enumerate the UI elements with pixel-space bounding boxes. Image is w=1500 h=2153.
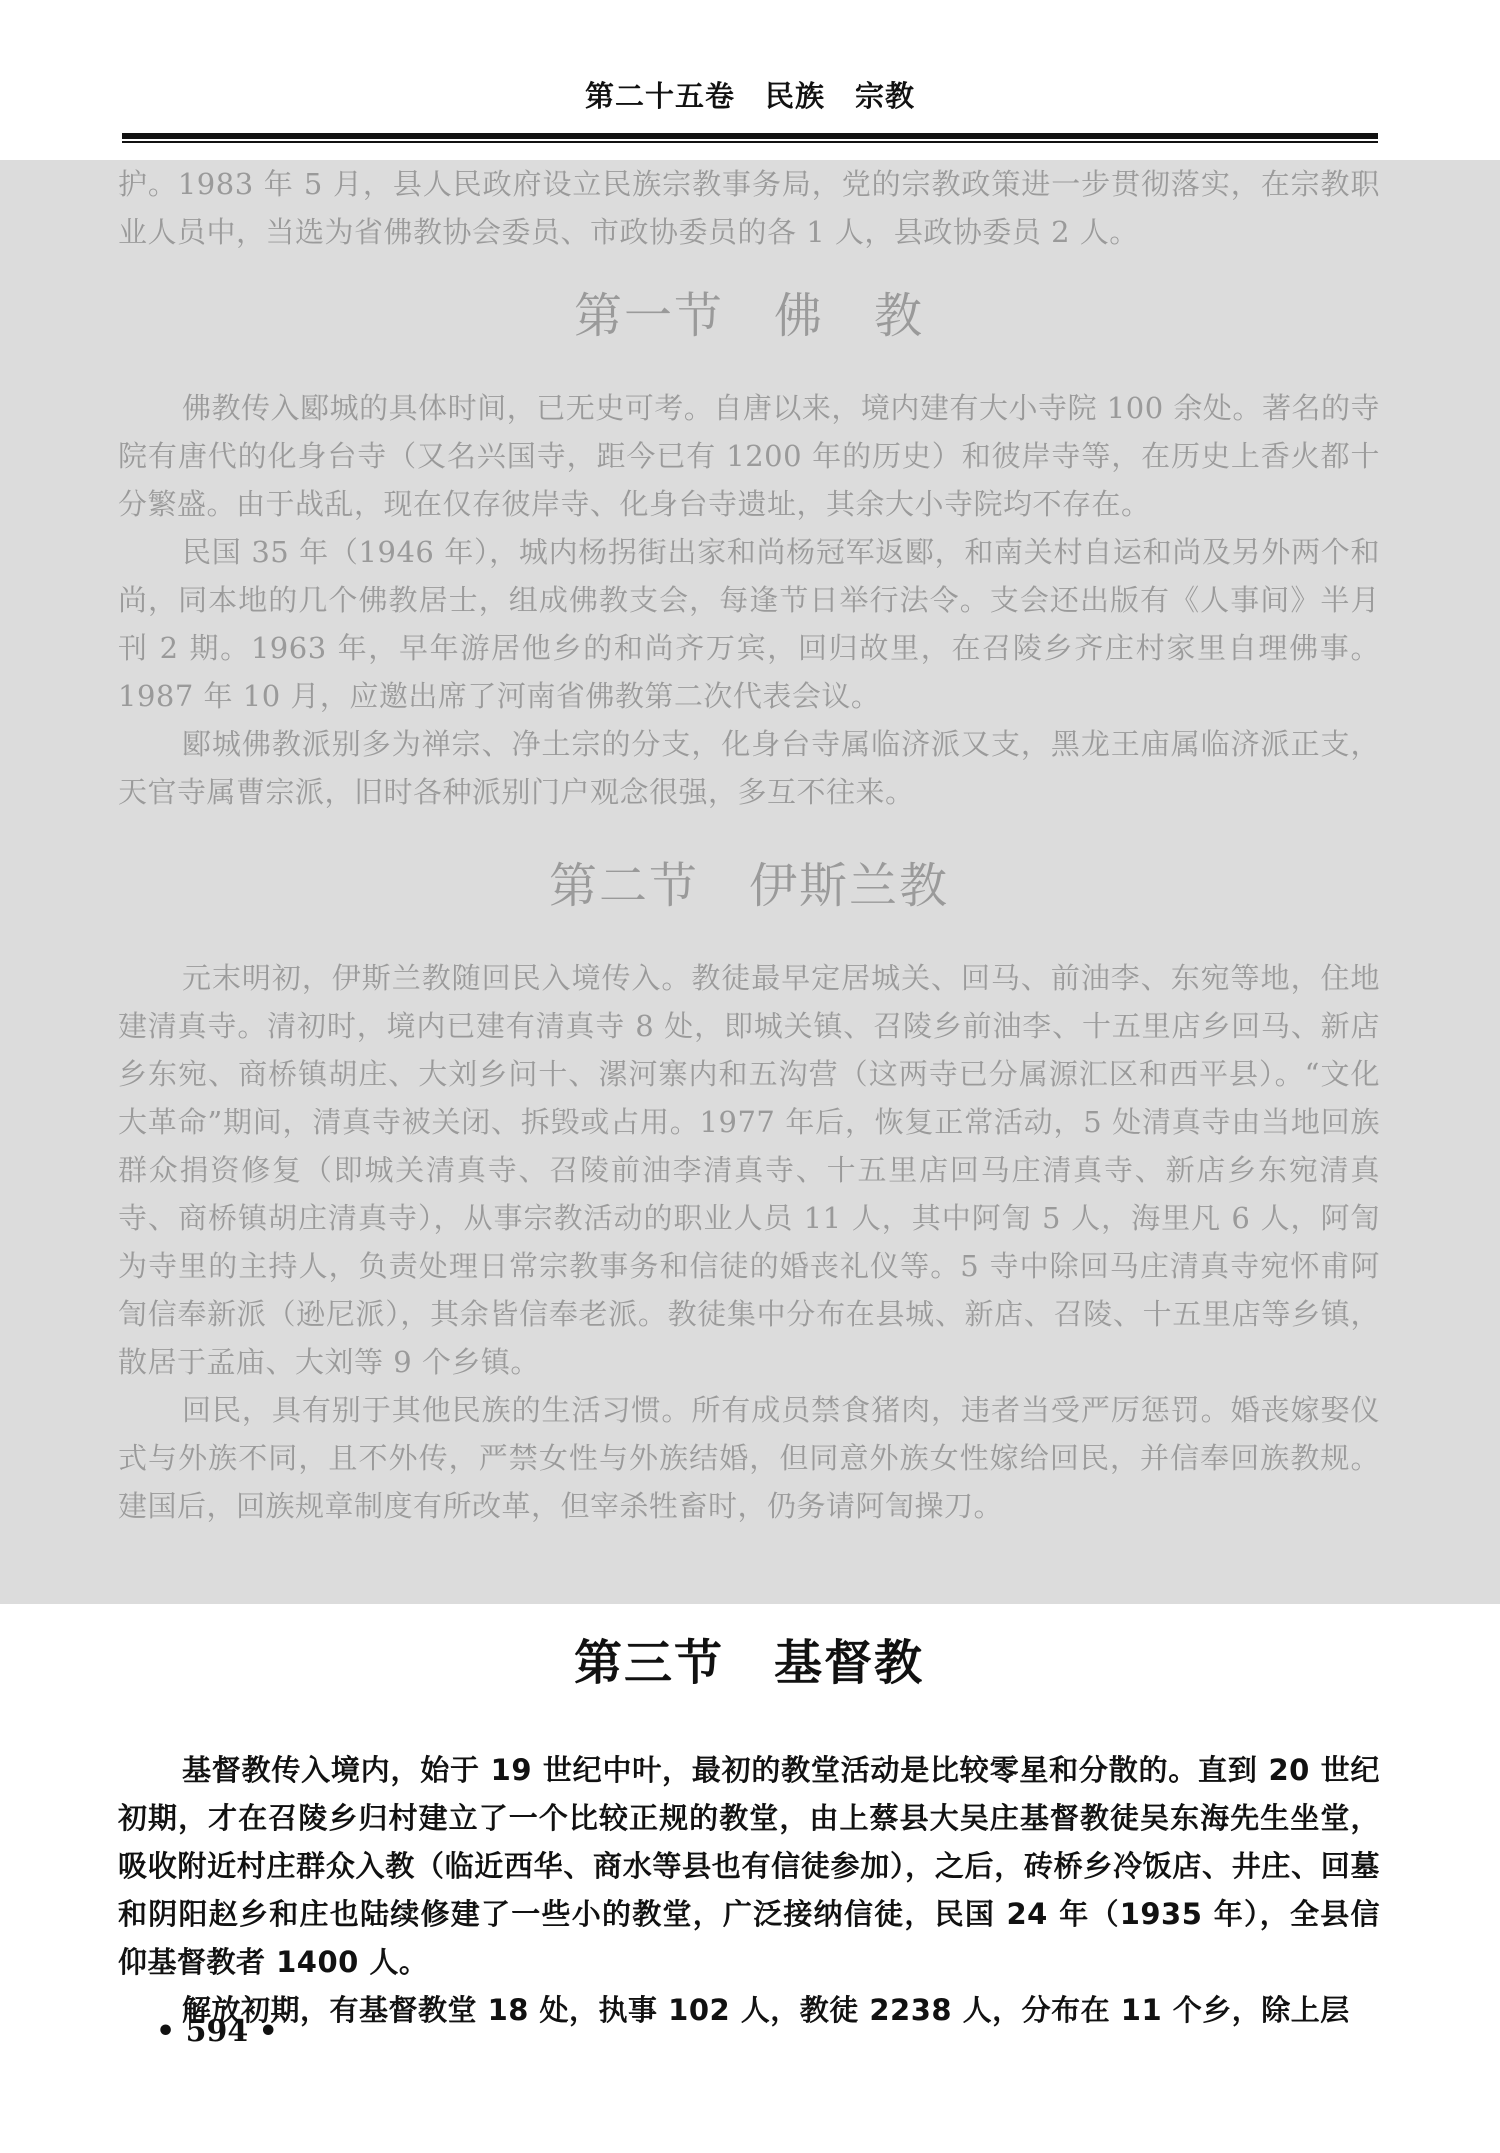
header-rule-thick	[122, 133, 1378, 139]
page-number: • 594 •	[156, 2014, 278, 2049]
christianity-paragraph-2: 解放初期，有基督教堂 18 处，执事 102 人，教徒 2238 人，分布在 1…	[118, 1986, 1380, 2034]
running-header-title: 第二十五卷 民族 宗教	[0, 74, 1500, 115]
section-title-buddhism: 第一节 佛 教	[118, 284, 1380, 348]
buddhism-paragraph-1: 佛教传入郾城的具体时间，已无史可考。自唐以来，境内建有大小寺院 100 余处。著…	[118, 384, 1380, 528]
header-rule-thin	[122, 141, 1378, 143]
faded-content-block: 护。1983 年 5 月，县人民政府设立民族宗教事务局，党的宗教政策进一步贯彻落…	[118, 160, 1380, 1530]
islam-paragraph-2: 回民，具有别于其他民族的生活习惯。所有成员禁食猪肉，违者当受严厉惩罚。婚丧嫁娶仪…	[118, 1386, 1380, 1530]
section-title-islam: 第二节 伊斯兰教	[118, 854, 1380, 918]
buddhism-paragraph-2: 民国 35 年（1946 年），城内杨拐街出家和尚杨冠军返郾，和南关村自运和尚及…	[118, 528, 1380, 720]
buddhism-paragraph-3: 郾城佛教派别多为禅宗、净土宗的分支，化身台寺属临济派又支，黑龙王庙属临济派正支，…	[118, 720, 1380, 816]
intro-continuation-paragraph: 护。1983 年 5 月，县人民政府设立民族宗教事务局，党的宗教政策进一步贯彻落…	[118, 160, 1380, 256]
islam-paragraph-1: 元末明初，伊斯兰教随回民入境传入。教徒最早定居城关、回马、前油李、东宛等地，住地…	[118, 954, 1380, 1386]
christianity-paragraph-1: 基督教传入境内，始于 19 世纪中叶，最初的教堂活动是比较零星和分散的。直到 2…	[118, 1746, 1380, 1986]
christianity-content-block: 第三节 基督教 基督教传入境内，始于 19 世纪中叶，最初的教堂活动是比较零星和…	[118, 1628, 1380, 2034]
section-title-christianity: 第三节 基督教	[118, 1628, 1380, 1698]
